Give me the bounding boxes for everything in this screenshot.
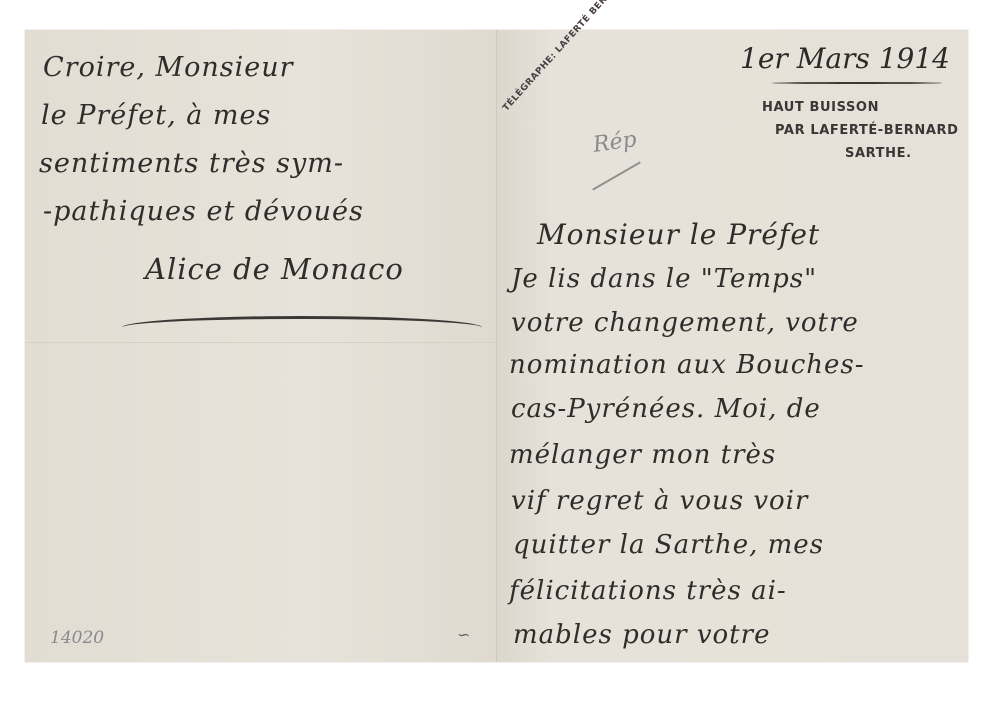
- letter-sheet: Croire, Monsieur le Préfet, à mes sentim…: [25, 30, 968, 662]
- right-page: TÉLÉGRAPHE: LAFERTÉ BERNARD. 1er Mars 19…: [497, 30, 968, 662]
- pencil-mark: ∽: [457, 625, 470, 644]
- letterhead-line-3: SARTHE.: [845, 146, 912, 161]
- handwritten-line: mélanger mon très: [509, 440, 776, 470]
- handwritten-line: votre changement, votre: [511, 308, 859, 338]
- signature-flourish: [122, 316, 482, 339]
- signature: Alice de Monaco: [145, 252, 404, 286]
- left-page: Croire, Monsieur le Préfet, à mes sentim…: [25, 30, 497, 662]
- handwritten-line: quitter la Sarthe, mes: [513, 530, 824, 560]
- handwritten-line: le Préfet, à mes: [41, 100, 271, 131]
- handwritten-line: vif regret à vous voir: [511, 486, 808, 516]
- horizontal-fold: [25, 342, 497, 343]
- salutation: Monsieur le Préfet: [537, 218, 820, 251]
- letterhead-line-1: HAUT BUISSON: [762, 100, 879, 115]
- handwritten-line: sentiments très sym-: [39, 148, 344, 179]
- handwritten-line: Je lis dans le "Temps": [511, 264, 817, 294]
- handwritten-line: -pathiques et dévoués: [43, 196, 364, 227]
- letter-date: 1er Mars 1914: [740, 42, 950, 75]
- handwritten-line: félicitations très ai-: [509, 576, 787, 606]
- archive-number: 14020: [50, 628, 104, 648]
- handwritten-line: mables pour votre: [513, 620, 770, 650]
- handwritten-line: cas-Pyrénées. Moi, de: [511, 394, 821, 424]
- handwritten-line: nomination aux Bouches-: [509, 350, 865, 380]
- pencil-annotation: Rép: [591, 127, 638, 158]
- handwritten-line: Croire, Monsieur: [43, 52, 294, 83]
- pencil-underline: [592, 161, 641, 190]
- letterhead-telegraph: TÉLÉGRAPHE: LAFERTÉ BERNARD.: [501, 0, 633, 113]
- letterhead-line-2: PAR LAFERTÉ-BERNARD: [775, 123, 959, 138]
- date-underline: [772, 82, 942, 84]
